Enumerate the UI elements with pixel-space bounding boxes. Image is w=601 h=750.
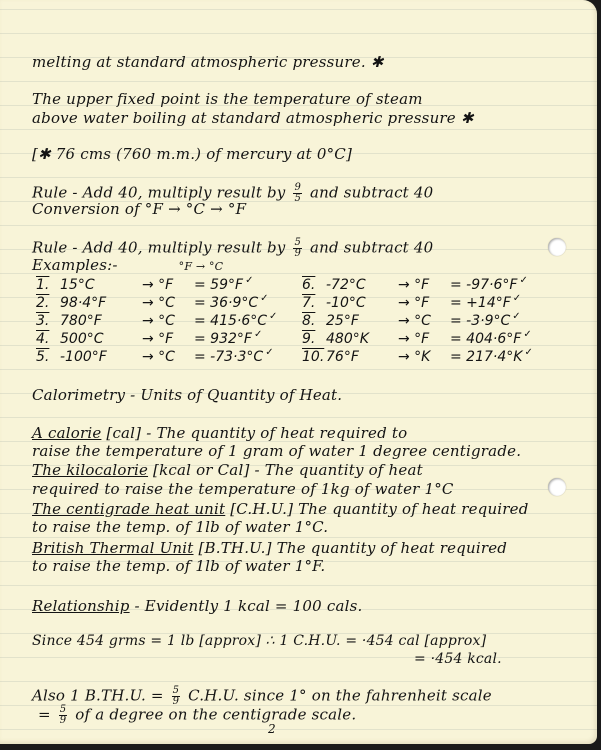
- text-line-steam-boiling: above water boiling at standard atmosphe…: [32, 109, 474, 127]
- rule-text-end: and subtract 40: [310, 184, 433, 202]
- check-mark-icon: ✓: [519, 275, 527, 286]
- text-line-melting: melting at standard atmospheric pressure…: [32, 53, 384, 71]
- fraction-5-9: 59: [172, 686, 181, 707]
- rule-text-end: and subtract 40: [310, 239, 433, 257]
- since-line-cont: = ·454 kcal.: [414, 651, 502, 667]
- rule-text: Rule - Add 40, multiply result by: [32, 184, 286, 202]
- example-row: 9.480°K→ °F= 404·6°F✓: [302, 329, 532, 347]
- calorie-definition-cont: raise the temperature of 1 gram of water…: [32, 442, 521, 460]
- kilocalorie-term: The kilocalorie: [32, 461, 148, 479]
- check-mark-icon: ✓: [524, 347, 532, 358]
- examples-label-line: Examples:- °F → °C: [32, 256, 223, 274]
- examples-sublabel: °F → °C: [179, 260, 224, 273]
- rule-text: Rule - Add 40, multiply result by: [32, 239, 286, 257]
- btu-definition-cont: to raise the temp. of 1lb of water 1°F.: [32, 557, 325, 575]
- check-mark-icon: ✓: [254, 329, 262, 340]
- chu-definition-cont: to raise the temp. of 1lb of water 1°C.: [32, 518, 328, 536]
- check-mark-icon: ✓: [265, 347, 273, 358]
- check-mark-icon: ✓: [523, 329, 531, 340]
- conversion-heading: Conversion of °F → °C → °F: [32, 200, 246, 218]
- example-row: 4.500°C→ °F= 932°F✓: [36, 329, 262, 347]
- relationship-line: Relationship - Evidently 1 kcal = 100 ca…: [32, 597, 362, 615]
- example-row: 10.76°F→ °K= 217·4°K✓: [302, 347, 533, 365]
- also-line-cont: = 59 of a degree on the centigrade scale…: [38, 705, 356, 726]
- text-line-mercury-note: [✱ 76 cms (760 m.m.) of mercury at 0°C]: [32, 145, 352, 163]
- examples-label: Examples:-: [32, 256, 118, 274]
- example-row: 3.780°F→ °C= 415·6°C✓: [36, 311, 277, 329]
- example-row: 2.98·4°F→ °C= 36·9°C✓: [36, 293, 269, 311]
- calorimetry-heading: Calorimetry - Units of Quantity of Heat.: [32, 386, 342, 404]
- calorie-definition: A calorie [cal] - The quantity of heat r…: [32, 424, 407, 442]
- fraction-5-9: 59: [59, 705, 68, 726]
- calorie-term: A calorie: [32, 424, 101, 442]
- example-row: 1.15°C→ °F= 59°F✓: [36, 275, 253, 293]
- check-mark-icon: ✓: [513, 293, 521, 304]
- relationship-term: Relationship: [32, 597, 130, 615]
- chu-term: The centigrade heat unit: [32, 500, 225, 518]
- fraction-9-5: 95: [293, 183, 302, 204]
- example-row: 8.25°F→ °C= -3·9°C✓: [302, 311, 521, 329]
- punch-hole-bottom: [548, 478, 566, 496]
- page-number: 2: [268, 722, 276, 736]
- chu-definition: The centigrade heat unit [C.H.U.] The qu…: [32, 500, 529, 518]
- example-row: 5.-100°F→ °C= -73·3°C✓: [36, 347, 274, 365]
- example-row: 7.-10°C→ °F= +14°F✓: [302, 293, 521, 311]
- check-mark-icon: ✓: [269, 311, 277, 322]
- since-line: Since 454 grms = 1 lb [approx] ∴ 1 C.H.U…: [32, 633, 486, 649]
- fraction-5-9: 59: [293, 238, 302, 259]
- check-mark-icon: ✓: [245, 275, 253, 286]
- kilocalorie-definition-cont: required to raise the temperature of 1kg…: [32, 480, 454, 498]
- notebook-page: melting at standard atmospheric pressure…: [0, 0, 597, 744]
- also-line: Also 1 B.TH.U. = 59 C.H.U. since 1° on t…: [32, 686, 492, 707]
- check-mark-icon: ✓: [260, 293, 268, 304]
- btu-term: British Thermal Unit: [32, 539, 194, 557]
- check-mark-icon: ✓: [512, 311, 520, 322]
- kilocalorie-definition: The kilocalorie [kcal or Cal] - The quan…: [32, 461, 423, 479]
- text-line-upper-fixed-point: The upper fixed point is the temperature…: [32, 90, 423, 108]
- punch-hole-top: [548, 238, 566, 256]
- example-row: 6.-72°C→ °F= -97·6°F✓: [302, 275, 528, 293]
- btu-definition: British Thermal Unit [B.TH.U.] The quant…: [32, 539, 507, 557]
